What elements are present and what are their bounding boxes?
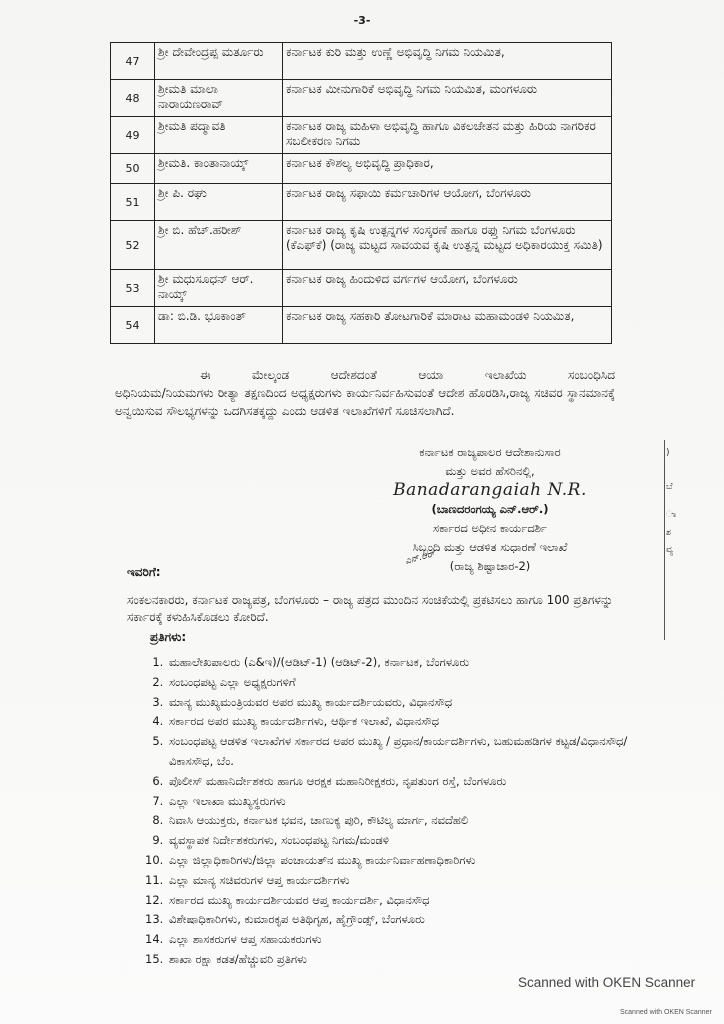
scanner-watermark-small: Scanned with OKEN Scanner xyxy=(620,1009,712,1016)
table-row: 49ಶ್ರೀಮತಿ ಪದ್ಮಾವತಿಕರ್ನಾಟಕ ರಾಜ್ಯ ಮಹಿಳಾ ಅಭ… xyxy=(111,117,612,154)
copy-recipient: ಪೊಲೀಸ್ ಮಹಾನಿರ್ದೇಶಕರು ಹಾಗೂ ಆರಕ್ಷಕ ಮಹಾನಿರೀ… xyxy=(167,772,637,792)
member-name: ಡಾ: ಬಿ.ಡಿ. ಭೂಕಾಂತ್ xyxy=(155,307,283,344)
row-number: 51 xyxy=(111,184,155,221)
organization-name: ಕರ್ನಾಟಕ ರಾಜ್ಯ ಕೃಷಿ ಉತ್ಪನ್ನಗಳ ಸಂಸ್ಕರಣೆ ಹಾ… xyxy=(283,221,612,270)
paragraph-body: ಅಧಿನಿಯಮ/ನಿಯಮಗಳು ರೀತ್ಯಾ ತಕ್ಷಣದಿಂದ ಅಧ್ಯಕ್ಷ… xyxy=(115,386,615,418)
table-row: 54ಡಾ: ಬಿ.ಡಿ. ಭೂಕಾಂತ್ಕರ್ನಾಟಕ ರಾಜ್ಯ ಸಹಕಾರಿ… xyxy=(111,307,612,344)
signatory-section: (ರಾಜ್ಯ ಶಿಷ್ಟಾಚಾರ-2) xyxy=(350,557,630,576)
copies-heading: ಪ್ರತಿಗಳು: xyxy=(150,630,186,645)
member-name: ಶ್ರೀ ಬಿ. ಹೆಚ್.ಹರೀಶ್ xyxy=(155,221,283,270)
organization-name: ಕರ್ನಾಟಕ ರಾಜ್ಯ ಮಹಿಳಾ ಅಭಿವೃದ್ಧಿ ಹಾಗೂ ವಿಕಲಚ… xyxy=(283,117,612,154)
member-name: ಶ್ರೀ ಪಿ. ರಘು xyxy=(155,184,283,221)
signature-block: ಕರ್ನಾಟಕ ರಾಜ್ಯಪಾಲರ ಆದೇಶಾನುಸಾರ ಮತ್ತು ಅವರ ಹ… xyxy=(350,443,630,576)
table-row: 50ಶ್ರೀಮತಿ. ಕಾಂತಾನಾಯ್ಕ್ಕರ್ನಾಟಕ ಕೌಶಲ್ಯ ಅಭಿ… xyxy=(111,154,612,184)
copy-recipient: ಎಲ್ಲಾ ಶಾಸಕರುಗಳ ಆಪ್ತ ಸಹಾಯಕರುಗಳು xyxy=(167,930,637,950)
edge-bleed-mark: ಾ xyxy=(666,510,676,520)
copy-recipient: ಎಲ್ಲಾ ಇಲಾಖಾ ಮುಖ್ಯಸ್ಥರುಗಳು xyxy=(167,792,637,812)
organization-name: ಕರ್ನಾಟಕ ರಾಜ್ಯ ಸಹಕಾರಿ ತೋಟಗಾರಿಕೆ ಮಾರಾಟ ಮಹಾ… xyxy=(283,307,612,344)
row-number: 49 xyxy=(111,117,155,154)
copy-recipient: ವಿಶೇಷಾಧಿಕಾರಿಗಳು, ಕುಮಾರಕೃಪ ಅತಿಥಿಗೃಹ, ಹೈಗ್… xyxy=(167,910,637,930)
row-number: 50 xyxy=(111,154,155,184)
signatory-designation: ಸರ್ಕಾರದ ಅಧೀನ ಕಾರ್ಯದರ್ಶಿ xyxy=(350,519,630,538)
copy-recipient: ಶಾಖಾ ರಕ್ಷಾ ಕಡತ/ಹೆಚ್ಚುವರಿ ಪ್ರತಿಗಳು xyxy=(167,950,637,970)
copy-recipient: ನಿವಾಸಿ ಆಯುಕ್ತರು, ಕರ್ನಾಟಕ ಭವನ, ಚಾಣುಕ್ಯ ಪು… xyxy=(167,811,637,831)
signatory-department: ಸಿಬ್ಬಂದಿ ಮತ್ತು ಆಡಳಿತ ಸುಧಾರಣೆ ಇಲಾಖೆ xyxy=(350,538,630,557)
table-row: 51ಶ್ರೀ ಪಿ. ರಘುಕರ್ನಾಟಕ ರಾಜ್ಯ ಸಫಾಯಿ ಕರ್ಮಚಾ… xyxy=(111,184,612,221)
copy-recipient: ಸರ್ಕಾರದ ಮುಖ್ಯ ಕಾರ್ಯದರ್ಶಿಯವರ ಆಪ್ತ ಕಾರ್ಯದರ… xyxy=(167,891,637,911)
organization-name: ಕರ್ನಾಟಕ ಮೀನುಗಾರಿಕೆ ಅಭಿವೃದ್ಧಿ ನಿಗಮ ನಿಯಮಿತ… xyxy=(283,80,612,117)
edge-bleed-mark: ಬೆ xyxy=(666,482,673,492)
signatory-name: (ಬಾಣದರಂಗಯ್ಯ ಎನ್.ಆರ್.) xyxy=(350,500,630,519)
appointments-table: 47ಶ್ರೀ ದೇವೇಂದ್ರಪ್ಪ ಮರ್ತೂರುಕರ್ನಾಟಕ ಕುರಿ ಮ… xyxy=(110,42,612,344)
table-row: 47ಶ್ರೀ ದೇವೇಂದ್ರಪ್ಪ ಮರ್ತೂರುಕರ್ನಾಟಕ ಕುರಿ ಮ… xyxy=(111,43,612,80)
copy-recipient: ಸರ್ಕಾರದ ಅಪರ ಮುಖ್ಯ ಕಾರ್ಯದರ್ಶಿಗಳು, ಆರ್ಥಿಕ … xyxy=(167,712,637,732)
row-number: 48 xyxy=(111,80,155,117)
member-name: ಶ್ರೀಮತಿ. ಕಾಂತಾನಾಯ್ಕ್ xyxy=(155,154,283,184)
scanner-watermark: Scanned with OKEN Scanner xyxy=(518,975,695,990)
scanned-page: -3- 47ಶ್ರೀ ದೇವೇಂದ್ರಪ್ಪ ಮರ್ತೂರುಕರ್ನಾಟಕ ಕು… xyxy=(0,0,724,1024)
page-number: -3- xyxy=(0,14,724,27)
copy-recipient: ಸಂಬಂಧಪಟ್ಟ ಆಡಳಿತ ಇಲಾಖೆಗಳ ಸರ್ಕಾರದ ಅಪರ ಮುಖ್… xyxy=(167,732,637,772)
row-number: 54 xyxy=(111,307,155,344)
member-name: ಶ್ರೀ ದೇವೇಂದ್ರಪ್ಪ ಮರ್ತೂರು xyxy=(155,43,283,80)
table-row: 48ಶ್ರೀಮತಿ ಮಾಲಾ ನಾರಾಯಣರಾವ್ಕರ್ನಾಟಕ ಮೀನುಗಾರ… xyxy=(111,80,612,117)
copy-recipient: ಎಲ್ಲಾ ಮಾನ್ಯ ಸಚಿವರುಗಳ ಆಪ್ತ ಕಾರ್ಯದರ್ಶಿಗಳು xyxy=(167,871,637,891)
copies-list: ಮಹಾಲೇಖಪಾಲರು (ಎ&ಇ)/(ಆಡಿಟ್-1) (ಆಡಿಟ್-2), ಕ… xyxy=(145,653,637,970)
paragraph-lead: ಈ ಮೇಲ್ಕಂಡ ಆದೇಶದಂತೆ ಆಯಾ ಇಲಾಖೆಯ ಸಂಬಂಧಿಸಿದ xyxy=(200,368,615,382)
organization-name: ಕರ್ನಾಟಕ ಕೌಶಲ್ಯ ಅಭಿವೃದ್ಧಿ ಪ್ರಾಧಿಕಾರ, xyxy=(283,154,612,184)
copy-recipient: ಮಾನ್ಯ ಮುಖ್ಯಮಂತ್ರಿಯವರ ಅಪರ ಮುಖ್ಯ ಕಾರ್ಯದರ್ಶ… xyxy=(167,693,637,713)
copy-recipient: ಸಂಬಂಧಪಟ್ಟ ಎಲ್ಲಾ ಅಧ್ಯಕ್ಷರುಗಳಿಗೆ xyxy=(167,673,637,693)
row-number: 53 xyxy=(111,270,155,307)
copy-recipient: ಎಲ್ಲಾ ಜಿಲ್ಲಾಧಿಕಾರಿಗಳು/ಜಿಲ್ಲಾ ಪಂಚಾಯತ್‌ನ ಮ… xyxy=(167,851,637,871)
member-name: ಶ್ರೀ ಮಧುಸೂಧನ್ ಆರ್. ನಾಯ್ಕ್ xyxy=(155,270,283,307)
table-row: 52ಶ್ರೀ ಬಿ. ಹೆಚ್.ಹರೀಶ್ಕರ್ನಾಟಕ ರಾಜ್ಯ ಕೃಷಿ … xyxy=(111,221,612,270)
copy-recipient: ವ್ಯವಸ್ಥಾಪಕ ನಿರ್ದೇಶಕರುಗಳು, ಸಂಬಂಧಪಟ್ಟ ನಿಗಮ… xyxy=(167,831,637,851)
organization-name: ಕರ್ನಾಟಕ ರಾಜ್ಯ ಹಿಂದುಳಿದ ವರ್ಗಗಳ ಆಯೋಗ, ಬೆಂಗ… xyxy=(283,270,612,307)
handwritten-signature: Banadarangaiah N.R. xyxy=(350,481,630,500)
row-number: 52 xyxy=(111,221,155,270)
table-row: 53ಶ್ರೀ ಮಧುಸೂಧನ್ ಆರ್. ನಾಯ್ಕ್ಕರ್ನಾಟಕ ರಾಜ್ಯ… xyxy=(111,270,612,307)
organization-name: ಕರ್ನಾಟಕ ಕುರಿ ಮತ್ತು ಉಣ್ಣೆ ಅಭಿವೃದ್ಧಿ ನಿಗಮ … xyxy=(283,43,612,80)
order-paragraph: ಈ ಮೇಲ್ಕಂಡ ಆದೇಶದಂತೆ ಆಯಾ ಇಲಾಖೆಯ ಸಂಬಂಧಿಸಿದ … xyxy=(115,366,615,420)
member-name: ಶ್ರೀಮತಿ ಪದ್ಮಾವತಿ xyxy=(155,117,283,154)
edge-bleed-mark: ) xyxy=(666,448,670,458)
row-number: 47 xyxy=(111,43,155,80)
edge-bleed-mark: ಶ xyxy=(666,528,671,538)
edge-bleed-mark: ವ್ಯ xyxy=(666,545,673,555)
organization-name: ಕರ್ನಾಟಕ ರಾಜ್ಯ ಸಫಾಯಿ ಕರ್ಮಚಾರಿಗಳ ಆಯೋಗ, ಬೆಂ… xyxy=(283,184,612,221)
copy-recipient: ಮಹಾಲೇಖಪಾಲರು (ಎ&ಇ)/(ಆಡಿಟ್-1) (ಆಡಿಟ್-2), ಕ… xyxy=(167,653,637,673)
member-name: ಶ್ರೀಮತಿ ಮಾಲಾ ನಾರಾಯಣರಾವ್ xyxy=(155,80,283,117)
signature-line2: ಮತ್ತು ಅವರ ಹೆಸರಿನಲ್ಲಿ, xyxy=(350,462,630,481)
signature-line1: ಕರ್ನಾಟಕ ರಾಜ್ಯಪಾಲರ ಆದೇಶಾನುಸಾರ xyxy=(350,443,630,462)
recipients-heading: ಇವರಿಗೆ: xyxy=(127,565,161,580)
recipients-text: ಸಂಕಲನಕಾರರು, ಕರ್ನಾಟಕ ರಾಜ್ಯಪತ್ರ, ಬೆಂಗಳೂರು … xyxy=(127,592,617,626)
page-edge-line xyxy=(664,440,665,640)
